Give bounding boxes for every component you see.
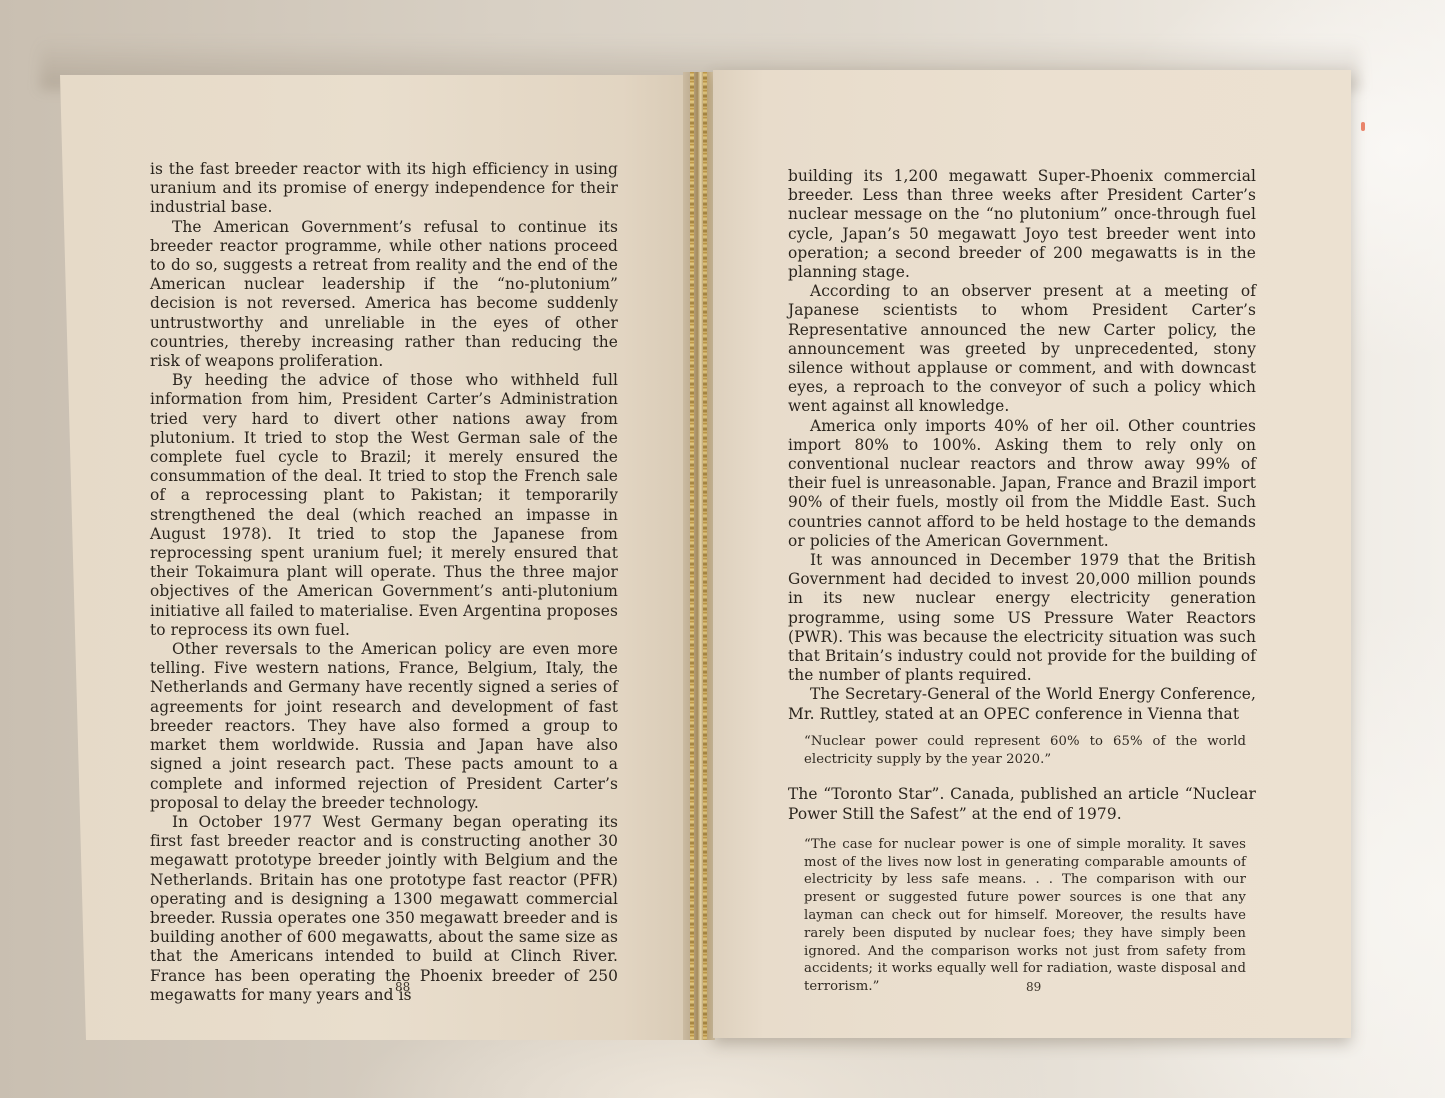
paragraph: The American Government’s refusal to con…: [150, 218, 618, 372]
block-quote: “The case for nuclear power is one of si…: [804, 836, 1246, 996]
paragraph: is the fast breeder reactor with its hig…: [150, 160, 618, 218]
page-number-left: 88: [395, 980, 410, 994]
paragraph: The Secretary-General of the World Energ…: [788, 685, 1256, 723]
paragraph: It was announced in December 1979 that t…: [788, 551, 1256, 685]
paragraph: By heeding the advice of those who withh…: [150, 371, 618, 640]
paragraph: In October 1977 West Germany began opera…: [150, 813, 618, 1005]
paragraph: According to an observer present at a me…: [788, 282, 1256, 416]
right-page: building its 1,200 megawatt Super-Phoeni…: [713, 70, 1351, 1038]
spine-binding-right: [703, 72, 707, 1040]
paragraph: The “Toronto Star”. Canada, published an…: [788, 785, 1256, 823]
page-number-right: 89: [1026, 980, 1041, 994]
left-page-text: is the fast breeder reactor with its hig…: [150, 160, 618, 1005]
paragraph: America only imports 40% of her oil. Oth…: [788, 417, 1256, 551]
paragraph: building its 1,200 megawatt Super-Phoeni…: [788, 167, 1256, 282]
right-page-text: building its 1,200 megawatt Super-Phoeni…: [788, 167, 1256, 996]
spine-binding-left: [690, 72, 694, 1040]
red-thread-mark: [1361, 122, 1365, 131]
left-page: is the fast breeder reactor with its hig…: [60, 75, 685, 1040]
block-quote: “Nuclear power could represent 60% to 65…: [804, 733, 1246, 769]
paragraph: Other reversals to the American policy a…: [150, 640, 618, 813]
book-spine: [683, 72, 715, 1040]
